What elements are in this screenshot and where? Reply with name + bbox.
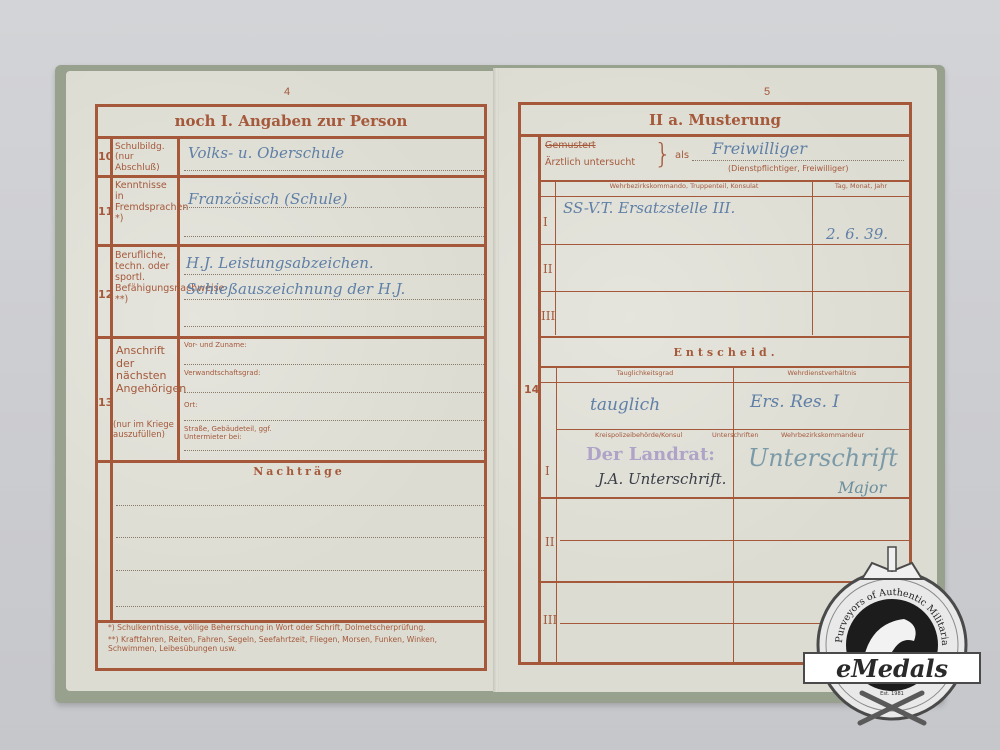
dotted-line bbox=[692, 160, 904, 161]
label-gemustert-struck: Gemustert bbox=[545, 141, 596, 152]
field-ort: Ort: bbox=[184, 401, 254, 409]
label-anschrift: Anschrift der nächsten Angehörigen bbox=[116, 345, 178, 396]
divider bbox=[540, 382, 912, 383]
footnote-2: **) Kraftfahren, Reiten, Fahren, Segeln,… bbox=[108, 636, 480, 653]
row2-roman-II: II bbox=[545, 535, 554, 549]
label-nur-im-kriege: (nur im Kriege auszufüllen) bbox=[113, 421, 179, 441]
row-number-14: 14 bbox=[524, 383, 539, 396]
row-roman-II: II bbox=[543, 262, 552, 276]
stamp-der-landrat: Der Landrat: bbox=[586, 444, 715, 465]
row-number-12: 12 bbox=[98, 288, 113, 301]
handwritten-befaehigung-line1: H.J. Leistungsabzeichen. bbox=[186, 254, 374, 272]
svg-text:Est. 1981: Est. 1981 bbox=[880, 691, 904, 697]
emedals-brand-text: eMedals bbox=[836, 654, 949, 683]
divider bbox=[557, 429, 912, 430]
left-page-title: noch I. Angaben zur Person bbox=[98, 112, 484, 130]
supplements-title: Nachträge bbox=[113, 465, 485, 478]
right-page-title: II a. Musterung bbox=[521, 111, 909, 129]
divider bbox=[95, 244, 487, 247]
divider bbox=[540, 497, 912, 499]
handwritten-unit-I: SS-V.T. Ersatzstelle III. bbox=[563, 199, 735, 217]
dotted-line bbox=[184, 326, 484, 327]
divider bbox=[95, 136, 487, 139]
divider bbox=[518, 134, 912, 137]
row2-roman-I: I bbox=[545, 464, 550, 478]
page-number-right: 5 bbox=[764, 86, 770, 98]
row-roman-I: I bbox=[543, 215, 548, 229]
handwritten-fremdsprachen: Französisch (Schule) bbox=[188, 190, 348, 208]
label-befaehigungsnachweise: Berufliche, techn. oder sportl. Befähigu… bbox=[115, 251, 177, 306]
divider bbox=[95, 336, 487, 339]
handwritten-als-value: Freiwilliger bbox=[712, 139, 807, 158]
header-wehrdienstverhaeltnis: Wehrdienstverhältnis bbox=[734, 370, 910, 377]
field-strasse: Straße, Gebäudeteil, ggf. Untermieter be… bbox=[184, 425, 294, 441]
label-aerztlich-untersucht: Ärztlich untersucht bbox=[545, 158, 635, 169]
handwritten-date-I: 2. 6. 39. bbox=[826, 225, 888, 243]
divider bbox=[812, 180, 813, 335]
row-number-10: 10 bbox=[98, 150, 113, 163]
brace: } bbox=[654, 138, 672, 170]
dotted-line bbox=[184, 420, 484, 421]
label-fremdsprachen: Kenntnisse in Fremdsprachen *) bbox=[115, 181, 177, 225]
divider bbox=[540, 196, 912, 197]
divider bbox=[177, 136, 180, 462]
page-number-left: 4 bbox=[284, 86, 290, 98]
handwritten-tauglichkeit: tauglich bbox=[590, 395, 660, 415]
header-wehrbezirkskommando: Wehrbezirkskommando, Truppenteil, Konsul… bbox=[556, 183, 812, 190]
dotted-line bbox=[184, 236, 484, 237]
footnote-1: *) Schulkenntnisse, völlige Beherrschung… bbox=[108, 624, 480, 633]
decision-title: Entscheid. bbox=[540, 346, 912, 359]
dotted-line bbox=[184, 392, 484, 393]
divider bbox=[540, 244, 912, 245]
dotted-line bbox=[116, 505, 484, 506]
signature-police: J.A. Unterschrift. bbox=[598, 470, 726, 488]
dotted-line bbox=[116, 570, 484, 571]
header-wehrbezirkskommandeur: Wehrbezirkskommandeur bbox=[781, 432, 864, 439]
handwritten-wehrdienstverhaeltnis: Ers. Res. I bbox=[750, 392, 839, 412]
handwritten-schulbildung: Volks- u. Oberschule bbox=[188, 144, 344, 162]
divider bbox=[538, 134, 541, 665]
field-verwandtschaftsgrad: Verwandtschaftsgrad: bbox=[184, 369, 254, 377]
header-unterschriften: Unterschriften bbox=[712, 432, 759, 439]
divider bbox=[733, 366, 734, 665]
handwritten-befaehigung-line2: Schießauszeichnung der H.J. bbox=[186, 280, 405, 298]
header-datum: Tag, Monat, Jahr bbox=[813, 183, 909, 190]
signature-commander: Unterschrift bbox=[748, 444, 898, 472]
emedals-watermark-logo: eMedals Est. 1981 Purveyors of Authentic… bbox=[802, 545, 982, 730]
label-als: als bbox=[675, 150, 689, 162]
header-tauglichkeitsgrad: Tauglichkeitsgrad bbox=[557, 370, 733, 377]
row-number-11: 11 bbox=[98, 205, 113, 218]
dotted-line bbox=[184, 170, 484, 171]
divider bbox=[95, 460, 487, 463]
dotted-line bbox=[116, 606, 484, 607]
divider bbox=[540, 291, 912, 292]
header-kreispolizeibehoerde: Kreispolizeibehörde/Konsul bbox=[595, 432, 682, 439]
als-hint: (Dienstpflichtiger, Freiwilliger) bbox=[728, 164, 848, 173]
dotted-line bbox=[184, 274, 484, 275]
dotted-line bbox=[184, 299, 484, 300]
field-vor-zuname: Vor- und Zuname: bbox=[184, 341, 254, 349]
row-roman-III: III bbox=[541, 309, 555, 323]
label-schulbildung: Schulbildg. (nur Abschluß) bbox=[115, 142, 177, 173]
divider bbox=[95, 175, 487, 178]
row2-roman-III: III bbox=[543, 613, 557, 627]
dotted-line bbox=[116, 537, 484, 538]
dotted-line bbox=[184, 450, 484, 451]
commander-rank: Major bbox=[838, 478, 886, 497]
divider bbox=[540, 336, 912, 338]
divider bbox=[560, 540, 912, 541]
divider bbox=[540, 366, 912, 368]
row-number-13: 13 bbox=[98, 396, 113, 409]
dotted-line bbox=[184, 364, 484, 365]
